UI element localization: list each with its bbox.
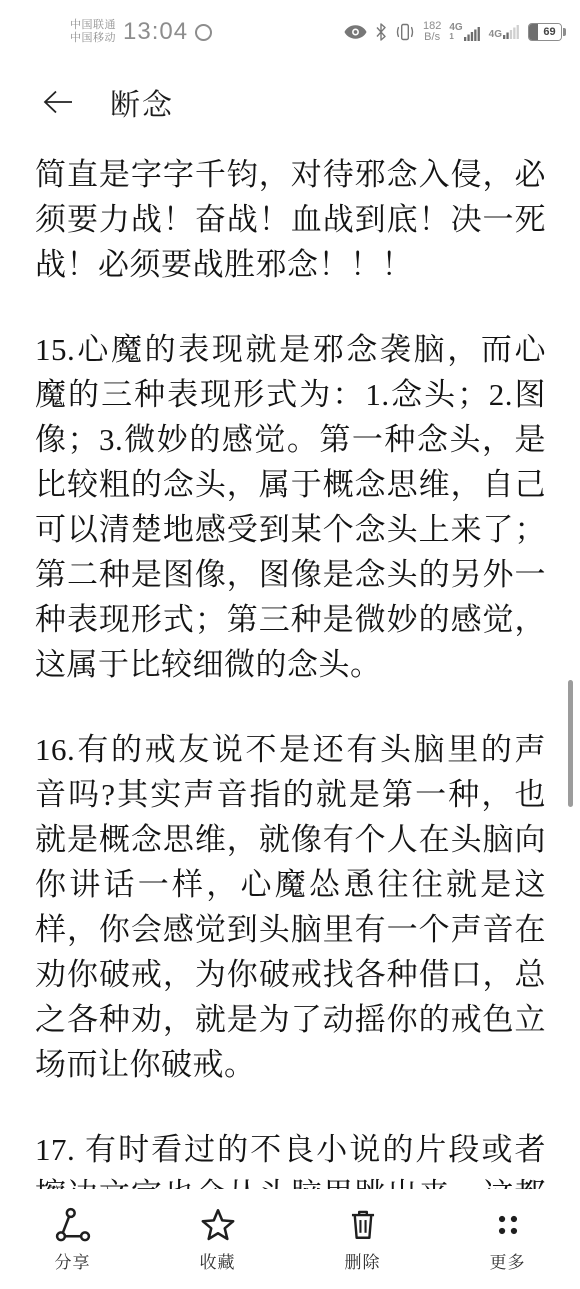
more-dots-icon	[491, 1207, 525, 1243]
share-button[interactable]: 分享	[0, 1197, 145, 1283]
sim2-network-label: 4G	[489, 30, 502, 39]
scrollbar-thumb[interactable]	[568, 680, 573, 807]
eye-protection-icon	[344, 25, 367, 39]
carrier-1: 中国联通	[70, 19, 116, 32]
bottom-toolbar: 分享 收藏 删除 更多	[0, 1197, 580, 1289]
status-left: 中国联通 中国移动 13:04	[70, 18, 212, 46]
battery-nub	[563, 28, 566, 36]
back-arrow-icon	[41, 88, 75, 116]
carrier-labels: 中国联通 中国移动	[70, 19, 116, 45]
status-time: 13:04	[123, 18, 188, 46]
note-content: 简直是字字千钧，对待邪念入侵，必须要力战！奋战！血战到底！决一死战！必须要战胜邪…	[0, 146, 580, 1189]
favorite-label: 收藏	[200, 1248, 236, 1273]
star-icon	[199, 1207, 237, 1243]
alarm-ring-icon	[195, 24, 212, 41]
bluetooth-icon	[375, 23, 387, 41]
more-button[interactable]: 更多	[435, 1197, 580, 1283]
battery-percent: 69	[538, 24, 561, 40]
vibrate-icon	[395, 23, 415, 41]
sim1-network-label: 4G	[449, 23, 462, 32]
more-label: 更多	[490, 1248, 526, 1273]
trash-icon	[346, 1207, 380, 1243]
back-button[interactable]	[38, 82, 78, 122]
status-bar: 中国联通 中国移动 13:04 182 B/s	[0, 0, 580, 58]
page-title: 断念	[110, 80, 174, 124]
sim2-signal: 4G	[489, 25, 520, 39]
signal-bars-sim2	[503, 25, 520, 39]
paragraph: 16.有的戒友说不是还有头脑里的声音吗?其实声音指的就是第一种，也就是概念思维，…	[35, 727, 546, 1087]
paragraph: 17. 有时看过的不良小说的片段或者擦边文字也会从头脑里跳出来，这都属于第一种，…	[35, 1127, 546, 1189]
note-header: 断念	[0, 58, 580, 146]
network-speed: 182 B/s	[423, 21, 441, 43]
paragraph: 15.心魔的表现就是邪念袭脑，而心魔的三种表现形式为：1.念头；2.图像；3.微…	[35, 327, 546, 687]
paragraph: 简直是字字千钧，对待邪念入侵，必须要力战！奋战！血战到底！决一死战！必须要战胜邪…	[35, 152, 546, 287]
sim1-slot-label: 1	[449, 32, 462, 41]
network-speed-unit: B/s	[423, 32, 441, 43]
signal-bars-sim1	[464, 27, 481, 41]
battery-fill	[529, 24, 538, 40]
carrier-2: 中国移动	[70, 32, 116, 45]
phone-screen: 中国联通 中国移动 13:04 182 B/s	[0, 0, 580, 1289]
battery-icon: 69	[528, 23, 566, 41]
delete-button[interactable]: 删除	[290, 1197, 435, 1283]
share-icon	[55, 1207, 91, 1243]
share-label: 分享	[55, 1248, 91, 1273]
favorite-button[interactable]: 收藏	[145, 1197, 290, 1283]
status-right: 182 B/s 4G 1 4G	[344, 21, 566, 43]
sim1-signal: 4G 1	[449, 23, 480, 41]
delete-label: 删除	[345, 1248, 381, 1273]
